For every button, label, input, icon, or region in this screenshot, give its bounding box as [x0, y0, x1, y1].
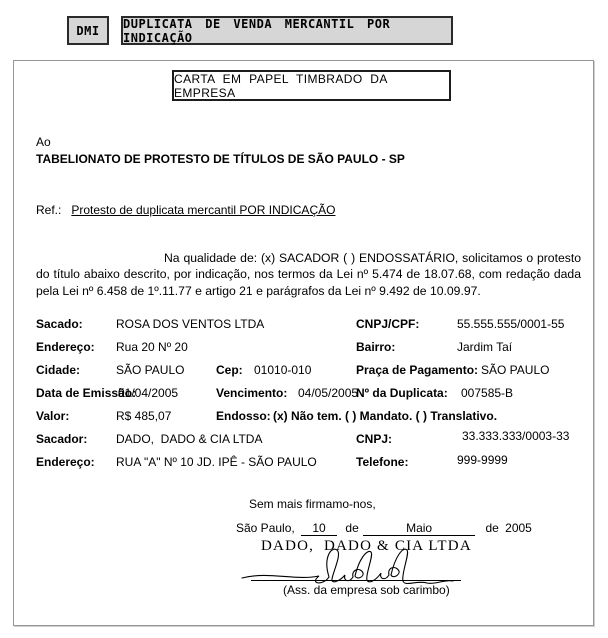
praca-pagamento-value: SÃO PAULO	[481, 363, 549, 377]
document-code: DMI	[76, 24, 99, 38]
recipient-name: TABELIONATO DE PROTESTO DE TÍTULOS DE SÃ…	[36, 152, 405, 166]
endosso-value: (x) Não tem. ( ) Mandato. ( ) Translativ…	[273, 409, 497, 423]
date-city: São Paulo,	[236, 521, 295, 535]
field-row-valor: Valor: R$ 485,07 Endosso: (x) Não tem. (…	[14, 409, 595, 425]
reference-label: Ref.:	[36, 203, 61, 217]
cep-label: Cep:	[216, 363, 243, 377]
valor-value: R$ 485,07	[116, 409, 171, 423]
salutation: Ao	[36, 135, 51, 149]
date-de-1: de	[345, 521, 358, 535]
field-row-endereco-sacador: Endereço: RUA "A" Nº 10 JD. IPÊ - SÃO PA…	[14, 455, 595, 471]
cidade-label: Cidade:	[36, 363, 80, 377]
sacador-label: Sacador:	[36, 432, 87, 446]
date-month: Maio	[363, 522, 475, 536]
signature-caption: (Ass. da empresa sob carimbo)	[283, 583, 450, 597]
field-row-sacado: Sacado: ROSA DOS VENTOS LTDA CNPJ/CPF: 5…	[14, 317, 595, 333]
sacado-value: ROSA DOS VENTOS LTDA	[116, 317, 264, 331]
letterhead-note-box: CARTA EM PAPEL TIMBRADO DA EMPRESA	[172, 70, 451, 101]
data-emissao-value: 01/04/2005	[118, 386, 178, 400]
endereco-sacador-label: Endereço:	[36, 455, 95, 469]
endosso-label: Endosso:	[216, 409, 271, 423]
bairro-value: Jardim Taí	[457, 340, 512, 354]
document-title-box: DUPLICATA DE VENDA MERCANTIL POR INDICAÇ…	[121, 16, 453, 45]
endereco-sacado-value: Rua 20 Nº 20	[116, 340, 188, 354]
field-row-emissao: Data de Emissão: 01/04/2005 Vencimento: …	[14, 386, 595, 402]
signature-line	[251, 580, 461, 581]
document-page: DMI DUPLICATA DE VENDA MERCANTIL POR IND…	[0, 0, 608, 638]
cidade-value: SÃO PAULO	[116, 363, 184, 377]
cnpj-cpf-label: CNPJ/CPF:	[356, 317, 419, 331]
sacado-label: Sacado:	[36, 317, 83, 331]
telefone-value: 999-9999	[457, 453, 508, 467]
date-de-2: de	[485, 521, 498, 535]
date-day: 10	[301, 522, 337, 536]
praca-pagamento-label: Praça de Pagamento:	[356, 363, 478, 377]
letter-frame: CARTA EM PAPEL TIMBRADO DA EMPRESA Ao TA…	[13, 60, 594, 626]
telefone-label: Telefone:	[356, 455, 408, 469]
vencimento-value: 04/05/2005	[298, 386, 358, 400]
sacador-value: DADO, DADO & CIA LTDA	[116, 432, 262, 446]
body-paragraph: Na qualidade de: (x) SACADOR ( ) ENDOSSA…	[36, 250, 581, 299]
date-line: São Paulo, 10 de Maio de 2005	[236, 521, 532, 536]
date-year: 2005	[505, 521, 532, 535]
document-code-box: DMI	[67, 16, 109, 45]
reference-line: Ref.:Protesto de duplicata mercantil POR…	[36, 203, 335, 217]
endereco-sacador-value: RUA "A" Nº 10 JD. IPÊ - SÃO PAULO	[116, 455, 317, 469]
cnpj-value: 33.333.333/0003-33	[462, 429, 569, 443]
cep-value: 01010-010	[254, 363, 311, 377]
farewell: Sem mais firmamo-nos,	[249, 497, 376, 511]
cnpj-cpf-value: 55.555.555/0001-55	[457, 317, 564, 331]
endereco-sacado-label: Endereço:	[36, 340, 95, 354]
field-row-endereco-sacado: Endereço: Rua 20 Nº 20 Bairro: Jardim Ta…	[14, 340, 595, 356]
field-row-sacador: Sacador: DADO, DADO & CIA LTDA CNPJ: 33.…	[14, 432, 595, 448]
field-row-cidade: Cidade: SÃO PAULO Cep: 01010-010 Praça d…	[14, 363, 595, 379]
reference-text: Protesto de duplicata mercantil POR INDI…	[71, 203, 335, 217]
vencimento-label: Vencimento:	[216, 386, 287, 400]
numero-duplicata-label: Nº da Duplicata:	[356, 386, 448, 400]
valor-label: Valor:	[36, 409, 69, 423]
document-title: DUPLICATA DE VENDA MERCANTIL POR INDICAÇ…	[123, 17, 451, 45]
letterhead-note: CARTA EM PAPEL TIMBRADO DA EMPRESA	[174, 72, 449, 100]
bairro-label: Bairro:	[356, 340, 395, 354]
cnpj-label: CNPJ:	[356, 432, 392, 446]
numero-duplicata-value: 007585-B	[461, 386, 513, 400]
signature-scribble	[239, 542, 461, 584]
